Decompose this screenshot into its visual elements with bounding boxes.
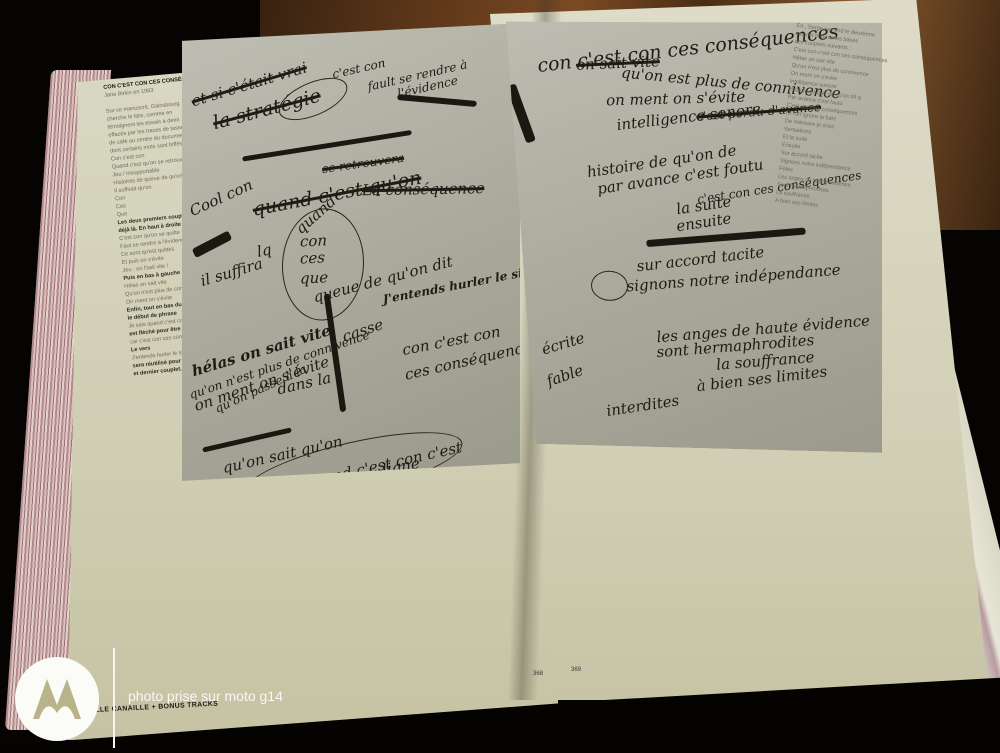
ink-scribble — [646, 228, 806, 248]
handwriting: lq — [256, 240, 273, 261]
handwriting: interdites — [605, 391, 681, 420]
book-photo: Con c'est con ces conséquences, enregist… — [0, 0, 1000, 753]
handwriting: écrite — [539, 329, 587, 359]
right-page-caption: En , Serge reprend le deuxième couplet e… — [775, 22, 907, 218]
manuscript-facsimile-left: et si c'était vrai la stratégie c'est co… — [182, 23, 520, 481]
ink-circle — [282, 206, 364, 322]
ink-circle — [591, 270, 628, 301]
page-number-left: 368 — [533, 671, 543, 677]
ink-scribble — [397, 94, 477, 107]
page-number-right: 369 — [571, 667, 581, 673]
motorola-logo-icon — [15, 657, 99, 741]
handwriting: La conséquence — [362, 179, 485, 199]
handwriting: Cool con — [187, 176, 255, 220]
ink-scribble — [192, 230, 232, 258]
handwriting: fable — [544, 361, 586, 390]
handwriting: il suffira — [199, 254, 265, 290]
watermark-divider — [113, 648, 115, 748]
watermark-text: photo prise sur moto g14 — [128, 688, 283, 704]
